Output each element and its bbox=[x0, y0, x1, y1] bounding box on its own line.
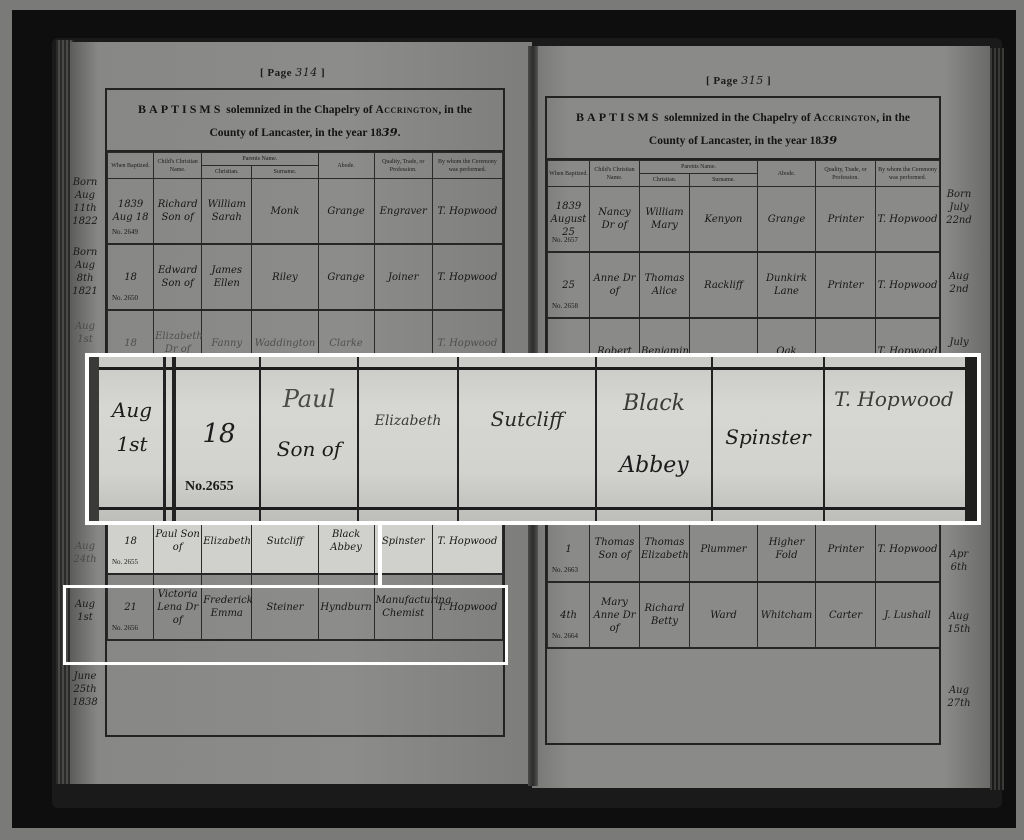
cell-trade: Carter bbox=[816, 582, 876, 648]
page-number: 314 bbox=[295, 66, 318, 79]
date-text: 18 bbox=[124, 338, 137, 349]
margin-note: Born Aug 11th 1822 bbox=[68, 176, 102, 228]
mother-name: Elizabeth bbox=[641, 550, 689, 561]
cell-by-whom: T. Hopwood bbox=[876, 187, 940, 253]
callout-right-border bbox=[965, 357, 977, 521]
title-chapelry: Accrington bbox=[375, 104, 438, 116]
margin-note: Aug 15th bbox=[942, 610, 976, 636]
mother-name: Mary bbox=[651, 220, 678, 231]
margin-note: Born July 22nd bbox=[942, 188, 976, 227]
father-name: James bbox=[212, 265, 243, 276]
register-row: 25No. 2658 Anne Dr of ThomasAlice Rackli… bbox=[548, 252, 940, 318]
header-surname: Surname. bbox=[690, 174, 758, 187]
margin-note: June 25th 1838 bbox=[68, 670, 102, 709]
margin-note: Aug 27th bbox=[942, 684, 976, 710]
father-name: Richard bbox=[645, 603, 685, 614]
cell-trade: Joiner bbox=[374, 244, 432, 310]
callout-connector-line bbox=[378, 522, 382, 586]
cell-child: Richard Son of bbox=[154, 179, 202, 245]
register-title: BAPTISMS solemnized in the Chapelry of A… bbox=[547, 98, 939, 160]
mother-name: Betty bbox=[651, 616, 678, 627]
entry-number: No. 2650 bbox=[112, 292, 138, 305]
cell-date: 25No. 2658 bbox=[548, 252, 590, 318]
cell-surname: Ward bbox=[690, 582, 758, 648]
title-chapelry: Accrington bbox=[813, 112, 876, 124]
cell-by-whom: T. Hopwood bbox=[876, 252, 940, 318]
callout-divider bbox=[259, 357, 261, 521]
father-name: William bbox=[645, 207, 683, 218]
callout-parent-christian: Elizabeth bbox=[361, 413, 455, 429]
mother-name: Ellen bbox=[214, 278, 240, 289]
callout-bottom-rule bbox=[99, 507, 965, 510]
cell-parents: WilliamMary bbox=[640, 187, 690, 253]
cell-trade: Printer bbox=[816, 252, 876, 318]
header-by-whom: By whom the Ceremony was performed. bbox=[876, 161, 940, 187]
cell-abode: Higher Fold bbox=[758, 516, 816, 582]
page-label-prefix: [ Page bbox=[706, 75, 738, 87]
callout-child-relation: Son of bbox=[263, 437, 355, 461]
cell-abode: Dunkirk Lane bbox=[758, 252, 816, 318]
magnified-entry-callout: Aug 1st 18 No.2655 Paul Son of Elizabeth… bbox=[85, 353, 981, 525]
register-title: BAPTISMS solemnized in the Chapelry of A… bbox=[107, 90, 503, 152]
callout-divider bbox=[357, 357, 359, 521]
cell-child: Thomas Son of bbox=[590, 516, 640, 582]
header-when-baptized: When Baptized. bbox=[548, 161, 590, 187]
title-line1-end: , in the bbox=[438, 104, 472, 116]
callout-surname: Sutcliff bbox=[461, 407, 593, 431]
title-line1: solemnized in the Chapelry of bbox=[664, 112, 810, 124]
cell-child: Anne Dr of bbox=[590, 252, 640, 318]
register-row: 1No. 2663 Thomas Son of ThomasElizabeth … bbox=[548, 516, 940, 582]
title-baptisms: BAPTISMS bbox=[138, 102, 223, 116]
entry-number: No. 2663 bbox=[552, 564, 578, 577]
callout-divider bbox=[595, 357, 597, 521]
cell-child: Edward Son of bbox=[154, 244, 202, 310]
date-text: 18 bbox=[124, 272, 137, 283]
header-surname: Surname. bbox=[252, 166, 318, 179]
register-row: 18No. 2650 Edward Son of JamesEllen Rile… bbox=[108, 244, 503, 310]
cell-surname: Riley bbox=[252, 244, 318, 310]
cell-abode: Grange bbox=[318, 244, 374, 310]
page-label-prefix: [ Page bbox=[260, 67, 292, 79]
cell-date: 1No. 2663 bbox=[548, 516, 590, 582]
callout-baptism-day: 18 bbox=[189, 419, 249, 449]
header-when-baptized: When Baptized. bbox=[108, 153, 154, 179]
callout-entry-number: No.2655 bbox=[185, 479, 234, 495]
cell-by-whom: T. Hopwood bbox=[876, 516, 940, 582]
title-line1-end: , in the bbox=[876, 112, 910, 124]
cell-abode: Grange bbox=[758, 187, 816, 253]
callout-divider bbox=[457, 357, 459, 521]
callout-divider bbox=[823, 357, 825, 521]
cell-abode: Grange bbox=[318, 179, 374, 245]
register-row: 1839 Aug 18No. 2649 Richard Son of Willi… bbox=[108, 179, 503, 245]
entry-number: No. 2649 bbox=[112, 226, 138, 239]
margin-note: July bbox=[942, 336, 976, 349]
cell-parents: JamesEllen bbox=[202, 244, 252, 310]
entry-number: No. 2657 bbox=[552, 234, 578, 247]
date-text: 1839 Aug 18 bbox=[113, 199, 149, 223]
cell-parents: ThomasAlice bbox=[640, 252, 690, 318]
cell-trade: Printer bbox=[816, 516, 876, 582]
callout-margin-date: Aug 1st bbox=[103, 393, 161, 461]
cell-surname: Rackliff bbox=[690, 252, 758, 318]
title-line2: County of Lancaster, in the year 18 bbox=[649, 135, 821, 147]
page-label-suffix: ] bbox=[321, 67, 325, 79]
header-parents-name: Parents Name. bbox=[640, 161, 758, 174]
book-right-edge bbox=[990, 48, 1004, 790]
mother-name: Sarah bbox=[212, 212, 242, 223]
margin-note: Apr 6th bbox=[942, 548, 976, 574]
cell-trade: Engraver bbox=[374, 179, 432, 245]
header-parents-name: Parents Name. bbox=[202, 153, 318, 166]
cell-parents: ThomasElizabeth bbox=[640, 516, 690, 582]
cell-date: 1839 August 25No. 2657 bbox=[548, 187, 590, 253]
margin-note: Born Aug 8th 1821 bbox=[68, 246, 102, 298]
header-abode: Abode. bbox=[758, 161, 816, 187]
date-text: 4th bbox=[560, 610, 577, 621]
cell-surname: Monk bbox=[252, 179, 318, 245]
callout-abode-line1: Black bbox=[599, 391, 709, 416]
date-text: 25 bbox=[562, 280, 575, 291]
cell-date: 4thNo. 2664 bbox=[548, 582, 590, 648]
highlight-box-source-row bbox=[63, 585, 508, 665]
callout-abode-line2: Abbey bbox=[599, 453, 709, 478]
cell-trade: Printer bbox=[816, 187, 876, 253]
cell-abode: Whitcham bbox=[758, 582, 816, 648]
cell-date: 1839 Aug 18No. 2649 bbox=[108, 179, 154, 245]
header-abode: Abode. bbox=[318, 153, 374, 179]
margin-note: Aug 24th bbox=[68, 540, 102, 566]
callout-officiant: T. Hopwood bbox=[827, 387, 961, 411]
date-text: 1 bbox=[565, 544, 571, 555]
entry-number: No. 2655 bbox=[112, 556, 138, 569]
left-page-number-label: [ Page 314 ] bbox=[260, 66, 325, 79]
right-page-number-label: [ Page 315 ] bbox=[706, 74, 771, 87]
cell-surname: Kenyon bbox=[690, 187, 758, 253]
register-row: 4thNo. 2664 Mary Anne Dr of RichardBetty… bbox=[548, 582, 940, 648]
header-quality: Quality, Trade, or Profession. bbox=[816, 161, 876, 187]
cell-date: 18No. 2650 bbox=[108, 244, 154, 310]
title-line2: County of Lancaster, in the year 18 bbox=[209, 127, 381, 139]
mother-name: Alice bbox=[652, 286, 677, 297]
callout-top-rule bbox=[99, 367, 965, 370]
father-name: Thomas bbox=[645, 537, 685, 548]
entry-number: No. 2664 bbox=[552, 630, 578, 643]
callout-divider bbox=[172, 357, 176, 521]
header-child-name: Child's Christian Name. bbox=[590, 161, 640, 187]
cell-by-whom: T. Hopwood bbox=[432, 244, 502, 310]
page-label-suffix: ] bbox=[767, 75, 771, 87]
cell-child: Nancy Dr of bbox=[590, 187, 640, 253]
header-child-name: Child's Christian Name. bbox=[154, 153, 202, 179]
father-name: William bbox=[208, 199, 246, 210]
page-number: 315 bbox=[741, 74, 764, 87]
callout-divider bbox=[711, 357, 713, 521]
margin-note: Aug 2nd bbox=[942, 270, 976, 296]
cell-child: Mary Anne Dr of bbox=[590, 582, 640, 648]
margin-note: Aug 1st bbox=[68, 320, 102, 346]
cell-parents: RichardBetty bbox=[640, 582, 690, 648]
title-year: 39 bbox=[821, 133, 837, 147]
callout-divider bbox=[163, 357, 166, 521]
title-baptisms: BAPTISMS bbox=[576, 110, 661, 124]
callout-child-name: Paul bbox=[263, 385, 355, 413]
header-christian: Christian. bbox=[640, 174, 690, 187]
entry-number: No. 2658 bbox=[552, 300, 578, 313]
cell-by-whom: J. Lushall bbox=[876, 582, 940, 648]
cell-surname: Plummer bbox=[690, 516, 758, 582]
date-text: 18 bbox=[124, 536, 137, 547]
cell-parents: WilliamSarah bbox=[202, 179, 252, 245]
register-row: 1839 August 25No. 2657 Nancy Dr of Willi… bbox=[548, 187, 940, 253]
father-name: Thomas bbox=[645, 273, 685, 284]
callout-page-edge bbox=[89, 357, 99, 521]
title-line1: solemnized in the Chapelry of bbox=[226, 104, 372, 116]
callout-trade: Spinster bbox=[715, 425, 821, 449]
header-by-whom: By whom the Ceremony was performed. bbox=[432, 153, 502, 179]
cell-by-whom: T. Hopwood bbox=[432, 179, 502, 245]
header-christian: Christian. bbox=[202, 166, 252, 179]
title-year: 39 bbox=[382, 125, 398, 139]
header-quality: Quality, Trade, or Profession. bbox=[374, 153, 432, 179]
date-text: 1839 August 25 bbox=[551, 201, 587, 238]
